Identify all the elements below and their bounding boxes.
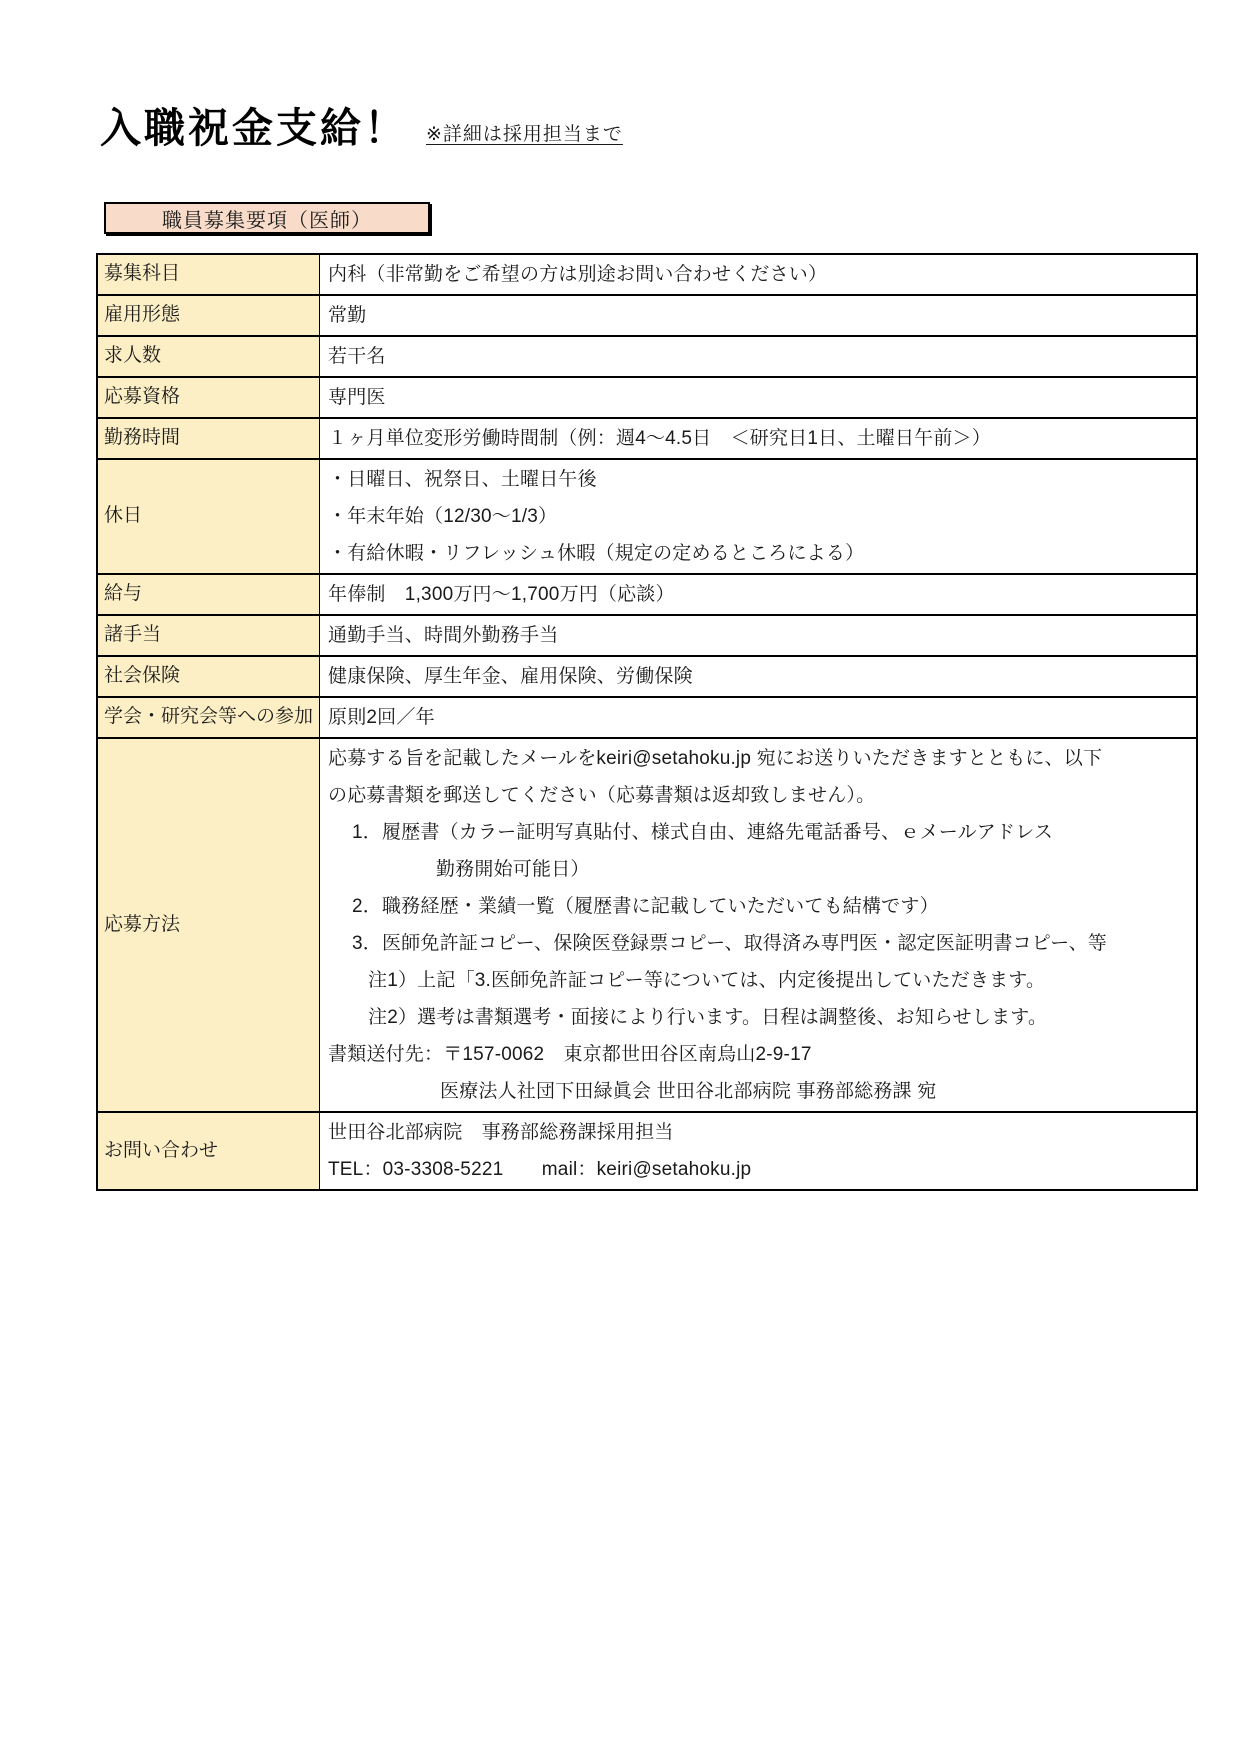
- row-content: 健康保険、厚生年金、雇用保険、労働保険: [320, 657, 1196, 696]
- row-label: 求人数: [98, 337, 320, 376]
- content-line: 書類送付先：〒157-0062 東京都世田谷区南烏山2-9-17: [328, 1036, 1188, 1073]
- content-line: ・年末年始（12/30～1/3）: [328, 498, 1188, 535]
- table-row: お問い合わせ 世田谷北部病院 事務部総務課採用担当TEL：03-3308-522…: [98, 1111, 1196, 1189]
- page-title: 入職祝金支給！: [100, 104, 408, 153]
- content-line: 専門医: [328, 379, 1188, 416]
- content-line: 医療法人社団下田緑眞会 世田谷北部病院 事務部総務課 宛: [440, 1073, 1188, 1110]
- content-line: ・日曜日、祝祭日、土曜日午後: [328, 461, 1188, 498]
- table-row: 給与 年俸制 1,300万円～1,700万円（応談）: [98, 573, 1196, 614]
- content-line: 応募する旨を記載したメールをkeiri@setahoku.jp 宛にお送りいただ…: [328, 740, 1188, 777]
- row-label: 休日: [98, 460, 320, 573]
- table-row: 応募方法 応募する旨を記載したメールをkeiri@setahoku.jp 宛にお…: [98, 737, 1196, 1111]
- row-label: 社会保険: [98, 657, 320, 696]
- row-content: 専門医: [320, 378, 1196, 417]
- row-content: 世田谷北部病院 事務部総務課採用担当TEL：03-3308-5221 mail：…: [320, 1113, 1196, 1189]
- table-row: 募集科目 内科（非常勤をご希望の方は別途お問い合わせください）: [98, 255, 1196, 294]
- row-label: 募集科目: [98, 255, 320, 294]
- table-row: 勤務時間 １ヶ月単位変形労働時間制（例：週4～4.5日 ＜研究日1日、土曜日午前…: [98, 417, 1196, 458]
- table-row: 雇用形態 常勤: [98, 294, 1196, 335]
- row-label: 応募方法: [98, 739, 320, 1111]
- row-content: 年俸制 1,300万円～1,700万円（応談）: [320, 575, 1196, 614]
- row-content: 通勤手当、時間外勤務手当: [320, 616, 1196, 655]
- page-note: ※詳細は採用担当まで: [426, 119, 623, 153]
- table-row: 応募資格 専門医: [98, 376, 1196, 417]
- row-label: 給与: [98, 575, 320, 614]
- row-label: 諸手当: [98, 616, 320, 655]
- content-line: ・有給休暇・リフレッシュ休暇（規定の定めるところによる）: [328, 535, 1188, 572]
- table-row: 学会・研究会等への参加 原則2回／年: [98, 696, 1196, 737]
- row-content: 若干名: [320, 337, 1196, 376]
- row-content: 応募する旨を記載したメールをkeiri@setahoku.jp 宛にお送りいただ…: [320, 739, 1196, 1111]
- content-line: 注1）上記「3.医師免許証コピー等については、内定後提出していただきます。: [368, 962, 1188, 999]
- table-row: 求人数 若干名: [98, 335, 1196, 376]
- row-label: 学会・研究会等への参加: [98, 698, 320, 737]
- content-line: 若干名: [328, 338, 1188, 375]
- content-line: 健康保険、厚生年金、雇用保険、労働保険: [328, 658, 1188, 695]
- row-content: ・日曜日、祝祭日、土曜日午後・年末年始（12/30～1/3）・有給休暇・リフレッ…: [320, 460, 1196, 573]
- table-row: 社会保険 健康保険、厚生年金、雇用保険、労働保険: [98, 655, 1196, 696]
- content-line: 年俸制 1,300万円～1,700万円（応談）: [328, 576, 1188, 613]
- content-line: の応募書類を郵送してください（応募書類は返却致しません）。: [328, 777, 1188, 814]
- row-content: 原則2回／年: [320, 698, 1196, 737]
- content-line: 世田谷北部病院 事務部総務課採用担当: [328, 1114, 1188, 1151]
- content-line: 勤務開始可能日）: [436, 851, 1188, 888]
- table-row: 諸手当 通勤手当、時間外勤務手当: [98, 614, 1196, 655]
- section-header: 職員募集要項（医師）: [104, 202, 430, 234]
- row-content: １ヶ月単位変形労働時間制（例：週4～4.5日 ＜研究日1日、土曜日午前＞）: [320, 419, 1196, 458]
- document-page: 入職祝金支給！ ※詳細は採用担当まで 職員募集要項（医師） 募集科目 内科（非常…: [0, 0, 1241, 1755]
- title-row: 入職祝金支給！ ※詳細は採用担当まで: [100, 104, 623, 153]
- row-label: 勤務時間: [98, 419, 320, 458]
- content-line: 1．履歴書（カラー証明写真貼付、様式自由、連絡先電話番号、ｅメールアドレス: [352, 814, 1188, 851]
- content-line: 内科（非常勤をご希望の方は別途お問い合わせください）: [328, 256, 1188, 293]
- content-line: 注2）選考は書類選考・面接により行います。日程は調整後、お知らせします。: [368, 999, 1188, 1036]
- recruitment-table: 募集科目 内科（非常勤をご希望の方は別途お問い合わせください） 雇用形態 常勤 …: [96, 253, 1198, 1191]
- row-label: 応募資格: [98, 378, 320, 417]
- content-line: 原則2回／年: [328, 699, 1188, 736]
- content-line: 3．医師免許証コピー、保険医登録票コピー、取得済み専門医・認定医証明書コピー、等: [352, 925, 1188, 962]
- content-line: 通勤手当、時間外勤務手当: [328, 617, 1188, 654]
- content-line: 2．職務経歴・業績一覧（履歴書に記載していただいても結構です）: [352, 888, 1188, 925]
- content-line: 常勤: [328, 297, 1188, 334]
- row-content: 内科（非常勤をご希望の方は別途お問い合わせください）: [320, 255, 1196, 294]
- table-row: 休日 ・日曜日、祝祭日、土曜日午後・年末年始（12/30～1/3）・有給休暇・リ…: [98, 458, 1196, 573]
- row-label: お問い合わせ: [98, 1113, 320, 1189]
- row-content: 常勤: [320, 296, 1196, 335]
- row-label: 雇用形態: [98, 296, 320, 335]
- content-line: TEL：03-3308-5221 mail：keiri@setahoku.jp: [328, 1151, 1188, 1188]
- content-line: １ヶ月単位変形労働時間制（例：週4～4.5日 ＜研究日1日、土曜日午前＞）: [328, 420, 1188, 457]
